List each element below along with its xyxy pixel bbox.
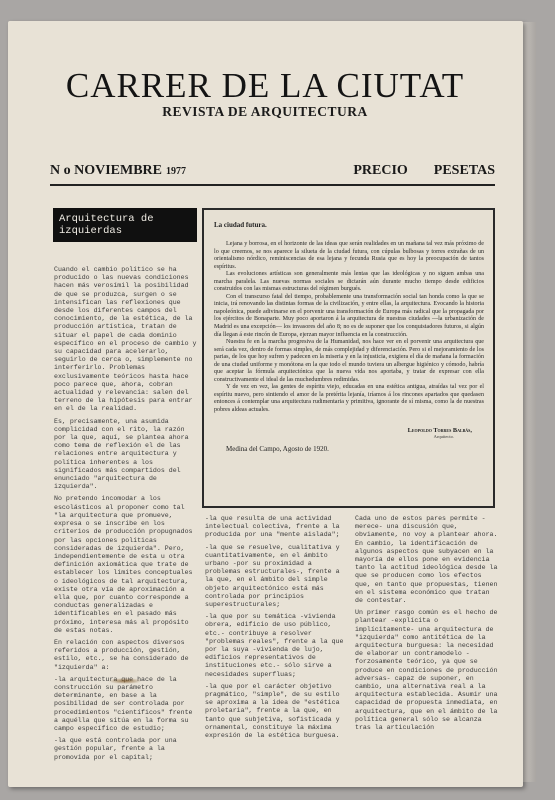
price-label: PRECIO [353, 163, 407, 178]
paragraph: En relación con aspectos diversos referi… [54, 639, 199, 672]
paragraph: No pretendo incomodar a los escolásticos… [54, 495, 199, 634]
quote-signature-role: Arquitecto. [214, 434, 484, 439]
issue-number-month: N o NOVIEMBRE [50, 163, 162, 178]
paragraph: Cuando el cambio político se ha producid… [54, 266, 199, 414]
price-info: PRECIOPESETAS [353, 163, 495, 179]
quote-box: La ciudad futura. Lejana y borrosa, en e… [202, 208, 495, 508]
issue-info: N o NOVIEMBRE1977 [50, 163, 186, 179]
quote-paragraph: Nuestra fe en la marcha progresiva de la… [214, 339, 484, 384]
magazine-subtitle: REVISTA DE ARQUITECTURA [30, 104, 500, 120]
quote-paragraph: Lejana y borrosa, en el horizonte de las… [214, 241, 484, 271]
issue-year: 1977 [166, 166, 186, 177]
article-column-middle: -la que resulta de una actividad intelec… [205, 515, 347, 744]
quote-paragraph: Y de vez en vez, las gentes de espíritu … [214, 384, 484, 414]
paragraph: -la que resulta de una actividad intelec… [205, 515, 347, 540]
article-column-left: Cuando el cambio político se ha producid… [54, 266, 199, 766]
masthead: CARRER DE LA CIUTAT REVISTA DE ARQUITECT… [30, 68, 500, 120]
magazine-title: CARRER DE LA CIUTAT [30, 68, 500, 104]
issue-line: N o NOVIEMBRE1977 PRECIOPESETAS [50, 160, 495, 186]
section-heading: Arquitectura de izquierdas [53, 208, 197, 242]
quote-title: La ciudad futura. [214, 221, 484, 229]
price-currency: PESETAS [434, 163, 495, 178]
quote-place-date: Medina del Campo, Agosto de 1920. [214, 445, 484, 453]
quote-body: Lejana y borrosa, en el horizonte de las… [214, 241, 484, 415]
article-column-right: Cada uno de estos pares permite -merece-… [355, 515, 500, 736]
paragraph: Un primer rasgo común es el hecho de pla… [355, 609, 500, 732]
paragraph: -la que por su temática -vivienda obrera… [205, 613, 347, 679]
paragraph: -la que se resuelve, cualitativa y cuant… [205, 544, 347, 610]
paragraph: -la que está controlada por una gestión … [54, 737, 199, 762]
paragraph: -la que por el carácter objetivo pragmát… [205, 683, 347, 740]
quote-signature: Leopoldo Torres Balbás, [214, 427, 484, 434]
paragraph: Cada uno de estos pares permite -merece-… [355, 515, 500, 605]
paragraph: Es, precisamente, una asumida complicida… [54, 418, 199, 492]
quote-paragraph: Con el transcurso fatal del tiempo, prob… [214, 294, 484, 339]
quote-paragraph: Las evoluciones artísticas son generalme… [214, 271, 484, 294]
paper-stain [108, 678, 142, 684]
paragraph: -la arquitectura que hace de la construc… [54, 676, 199, 733]
